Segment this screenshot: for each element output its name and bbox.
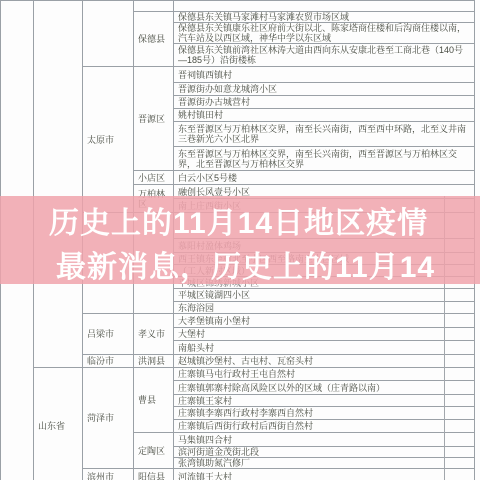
- cell-address: 庄寨镇王家村: [174, 395, 475, 407]
- cell-province-shanxi-hidden: [34, 1, 83, 368]
- cell-address: 大堡村: [174, 328, 475, 341]
- cell-city-heze: 菏泽市: [83, 368, 134, 469]
- cell-county-xiaoyi: 孝义市: [134, 314, 174, 355]
- cell-address: 滨河街道金茂街北段: [174, 447, 475, 458]
- banner-title-line1: 历史上的11月14日地区疫情: [49, 198, 428, 242]
- cell-address: 大孝堡镇南小堡村: [174, 314, 475, 328]
- cell-address: 平城区镜湖四小区: [174, 289, 475, 302]
- banner-title-line2: 最新消息，历史上的11月14: [56, 242, 435, 286]
- promo-banner-overlay: 历史上的11月14日地区疫情 最新消息，历史上的11月14: [0, 196, 480, 284]
- cell-address: 白云小区5号楼: [174, 171, 475, 185]
- screenshot-page: 保德县 保德县东关镇马家滩村马家滩农贸市场区域 保德县东关镇康乐社区府前大街以北…: [0, 0, 480, 480]
- cell-address: 晋源街办古城营村: [174, 96, 475, 109]
- cell-city-linfen: 临汾市: [83, 355, 134, 368]
- cell-city-binzhou: 滨州市: [83, 469, 134, 480]
- cell-city-lvliang: 吕梁市: [83, 314, 134, 355]
- table-row: [1, 1, 475, 12]
- cell-address: 姚村镇田村: [174, 109, 475, 122]
- cell-address: 保德县东关镇马家滩村马家滩农贸市场区域: [174, 12, 475, 23]
- cell-city-taiyuan: 太原市: [83, 67, 134, 213]
- cell-address: [174, 1, 475, 12]
- cell-address: 张湾镇助氮汽修厂: [174, 458, 475, 469]
- cell-county-hongtong: 洪洞县: [134, 355, 174, 368]
- cell-county-xiaodian: 小店区: [134, 171, 174, 185]
- cell-address: 晋源街办如意龙城湾小区: [174, 83, 475, 96]
- cell-address: 保德县东关镇前湾社区林涛大道由西向东从安康北巷至工商北巷（140号—185号）沿…: [174, 44, 475, 67]
- cell-province-shandong: 山东省: [34, 368, 83, 480]
- cell-county-yangxin: 阳信县: [134, 469, 174, 480]
- cell-county-dingtao: 定陶区: [134, 433, 174, 469]
- cell-county-baode: 保德县: [134, 12, 174, 67]
- cell-address: 庄寨镇李寨西行政村李寨西自然村: [174, 407, 475, 420]
- cell-address: 河流镇王大村: [174, 469, 475, 480]
- cell-address: 晋祠镇西镇村: [174, 67, 475, 83]
- cell-address: 东至晋源区与万柏林区交界，南至长兴南街，西至西中环路，北至义井南三巷新光六小区北…: [174, 122, 475, 147]
- table-row: 山东省 菏泽市 曹县 庄寨镇马屯行政村王屯自然村: [1, 368, 475, 381]
- cell-address: 保德县东关镇康乐社区府前大街以北、陈家塔商住楼和后沟商住楼以南，汽车站及以西区域…: [174, 23, 475, 44]
- cell-address: 庄寨镇后西街行政村后西街自然村: [174, 420, 475, 433]
- cell-address: 庄寨镇郭寨村除高风险区以外的区域（庄青路以南）: [174, 381, 475, 395]
- cell-address: 东海浴园: [174, 302, 475, 314]
- cell-city-xinzhou-hidden: [83, 1, 134, 67]
- cell-county-partial: [134, 1, 174, 12]
- cell-address: 赵城镇沙堡村、古屯村、瓦窑头村: [174, 355, 475, 368]
- cell-county-caoxian: 曹县: [134, 368, 174, 433]
- cell-address: 东至晋源区与万柏林区交界，南至长兴南街，西至晋源区与万柏林区交界，北至晋源区与万…: [174, 147, 475, 171]
- cell-address: 马集镇四合村: [174, 433, 475, 447]
- cell-county-jinyuan: 晋源区: [134, 67, 174, 171]
- cell-address: 庄寨镇马屯行政村王屯自然村: [174, 368, 475, 381]
- cell-address: 南船头村: [174, 341, 475, 355]
